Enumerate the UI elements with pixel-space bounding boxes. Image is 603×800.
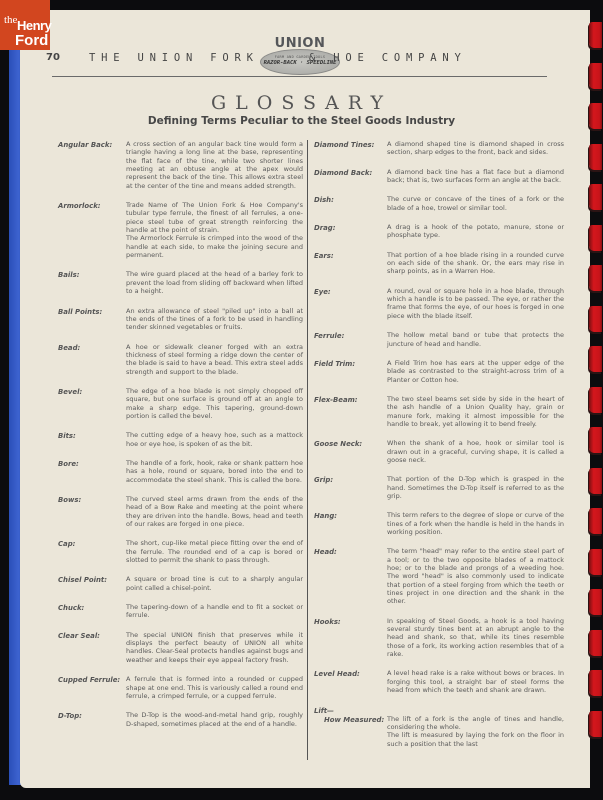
glossary-term: Bails: [58, 270, 126, 295]
glossary-term: D-Top: [58, 711, 126, 728]
glossary-definition: A round, oval or square hole in a hoe bl… [387, 287, 564, 320]
binding-ring [589, 387, 602, 413]
glossary-term: Angular Back: [58, 140, 126, 190]
glossary-definition: An extra allowance of steel "piled up" i… [126, 307, 303, 332]
glossary-entry: Bore:The handle of a fork, hook, rake or… [58, 459, 303, 484]
glossary-definition: The lift of a fork is the angle of tines… [387, 706, 564, 748]
glossary-definition: The wire guard placed at the head of a b… [126, 270, 303, 295]
page-title: GLOSSARY [0, 92, 603, 114]
glossary-definition: A ferrule that is formed into a rounded … [126, 675, 303, 700]
definition-paragraph: A level head rake is a rake without bows… [387, 669, 564, 694]
glossary-entry: Lift—How Measured:The lift of a fork is … [314, 706, 564, 748]
header-rule [52, 76, 547, 77]
glossary-entry: Goose Neck:When the shank of a hoe, hook… [314, 439, 564, 464]
definition-paragraph: The Armorlock Ferrule is crimped into th… [126, 234, 303, 259]
definition-paragraph: A drag is a hook of the potato, manure, … [387, 223, 564, 240]
glossary-entry: Diamond Tines:A diamond shaped tine is d… [314, 140, 564, 157]
glossary-entry: Eye:A round, oval or square hole in a ho… [314, 287, 564, 320]
glossary-entry: Hang:This term refers to the degree of s… [314, 511, 564, 536]
binding-ring [589, 346, 602, 372]
definition-paragraph: A hoe or sidewalk cleaner forged with an… [126, 343, 303, 376]
definition-paragraph: When the shank of a hoe, hook or similar… [387, 439, 564, 464]
glossary-definition: This term refers to the degree of slope … [387, 511, 564, 536]
definition-paragraph: A cross section of an angular back tine … [126, 140, 303, 190]
glossary-entry: Bead:A hoe or sidewalk cleaner forged wi… [58, 343, 303, 376]
watermark-the: the [4, 14, 17, 26]
glossary-entry: Cap:The short, cup-like metal piece fitt… [58, 539, 303, 564]
definition-paragraph: This term refers to the degree of slope … [387, 511, 564, 536]
glossary-term: Bows: [58, 495, 126, 528]
glossary-entry: Dish:The curve or concave of the tines o… [314, 195, 564, 212]
glossary-entry: Ears:That portion of a hoe blade rising … [314, 251, 564, 276]
glossary-entry: Clear Seal:The special UNION finish that… [58, 631, 303, 664]
glossary-term: Ball Points: [58, 307, 126, 332]
henry-ford-watermark: the Henry Ford [0, 0, 50, 50]
glossary-term: Bead: [58, 343, 126, 376]
definition-paragraph: A square or broad tine is cut to a sharp… [126, 575, 303, 592]
definition-paragraph: The short, cup-like metal piece fitting … [126, 539, 303, 564]
glossary-entry: Bails:The wire guard placed at the head … [58, 270, 303, 295]
glossary-entry: Bevel:The edge of a hoe blade is not sim… [58, 387, 303, 420]
glossary-entry: Angular Back:A cross section of an angul… [58, 140, 303, 190]
definition-paragraph: The term "head" may refer to the entire … [387, 547, 564, 605]
definition-paragraph: The curve or concave of the tines of a f… [387, 195, 564, 212]
glossary-term: Field Trim: [314, 359, 387, 384]
definition-paragraph: The two steel beams set side by side in … [387, 395, 564, 428]
glossary-entry: Head:The term "head" may refer to the en… [314, 547, 564, 605]
definition-paragraph: A round, oval or square hole in a hoe bl… [387, 287, 564, 320]
binding-ring [589, 508, 602, 534]
glossary-entry: Flex-Beam:The two steel beams set side b… [314, 395, 564, 428]
glossary-term: Hang: [314, 511, 387, 536]
glossary-definition: A cross section of an angular back tine … [126, 140, 303, 190]
glossary-entry: Diamond Back:A diamond back tine has a f… [314, 168, 564, 185]
definition-paragraph: That portion of a hoe blade rising in a … [387, 251, 564, 276]
glossary-term: Clear Seal: [58, 631, 126, 664]
binding-ring [589, 144, 602, 170]
glossary-definition: A level head rake is a rake without bows… [387, 669, 564, 694]
page-subtitle: Defining Terms Peculiar to the Steel Goo… [0, 115, 603, 127]
glossary-term: Bevel: [58, 387, 126, 420]
binding-ring [589, 225, 602, 251]
definition-paragraph: A diamond shaped tine is diamond shaped … [387, 140, 564, 157]
binding-ring [589, 306, 602, 332]
glossary-definition: In speaking of Steel Goods, a hook is a … [387, 617, 564, 659]
glossary-term: Cap: [58, 539, 126, 564]
company-name-left: THE UNION FORK [89, 52, 259, 64]
binding-ring [589, 22, 602, 48]
glossary-term: Chisel Point: [58, 575, 126, 592]
definition-paragraph: A diamond back tine has a flat face but … [387, 168, 564, 185]
definition-paragraph: That portion of the D-Top which is grasp… [387, 475, 564, 500]
company-name-right: & HOE COMPANY [309, 52, 467, 64]
glossary-definition: Trade Name of The Union Fork & Hoe Compa… [126, 201, 303, 259]
glossary-entry: D-Top:The D-Top is the wood-and-metal ha… [58, 711, 303, 728]
glossary-entry: Drag:A drag is a hook of the potato, man… [314, 223, 564, 240]
definition-paragraph: The lift of a fork is the angle of tines… [387, 715, 564, 732]
glossary-definition: The curved steel arms drawn from the end… [126, 495, 303, 528]
glossary-term: Ferrule: [314, 331, 387, 348]
binding-ring [589, 427, 602, 453]
glossary-term: Diamond Tines: [314, 140, 387, 157]
definition-paragraph: The curved steel arms drawn from the end… [126, 495, 303, 528]
glossary-term: Eye: [314, 287, 387, 320]
definition-paragraph: The D-Top is the wood-and-metal hand gri… [126, 711, 303, 728]
glossary-right-column: Diamond Tines:A diamond shaped tine is d… [314, 140, 564, 759]
glossary-definition: That portion of the D-Top which is grasp… [387, 475, 564, 500]
watermark-ford: Ford [15, 32, 48, 49]
glossary-definition: The tapering-down of a handle end to fit… [126, 603, 303, 620]
binding-ring [589, 265, 602, 291]
definition-paragraph: A ferrule that is formed into a rounded … [126, 675, 303, 700]
glossary-term: Grip: [314, 475, 387, 500]
glossary-term: Ears: [314, 251, 387, 276]
glossary-definition: The edge of a hoe blade is not simply ch… [126, 387, 303, 420]
definition-paragraph: The handle of a fork, hook, rake or shan… [126, 459, 303, 484]
column-divider [307, 140, 308, 760]
glossary-definition: The curve or concave of the tines of a f… [387, 195, 564, 212]
definition-paragraph: A Field Trim hoe has ears at the upper e… [387, 359, 564, 384]
definition-paragraph: Trade Name of The Union Fork & Hoe Compa… [126, 201, 303, 234]
glossary-entry: Grip:That portion of the D-Top which is … [314, 475, 564, 500]
glossary-definition: The hollow metal band or tube that prote… [387, 331, 564, 348]
glossary-definition: A diamond back tine has a flat face but … [387, 168, 564, 185]
glossary-term: Goose Neck: [314, 439, 387, 464]
glossary-term: Cupped Ferrule: [58, 675, 126, 700]
glossary-entry: Chisel Point:A square or broad tine is c… [58, 575, 303, 592]
binding-ring [589, 711, 602, 737]
glossary-term: Level Head: [314, 669, 387, 694]
glossary-definition: A diamond shaped tine is diamond shaped … [387, 140, 564, 157]
binding-ring [589, 630, 602, 656]
glossary-entry: Chuck:The tapering-down of a handle end … [58, 603, 303, 620]
glossary-term: Flex-Beam: [314, 395, 387, 428]
glossary-term: Hooks: [314, 617, 387, 659]
glossary-definition: The cutting edge of a heavy hoe, such as… [126, 431, 303, 448]
glossary-definition: The term "head" may refer to the entire … [387, 547, 564, 605]
binding-ring [589, 670, 602, 696]
binding-ring [589, 468, 602, 494]
glossary-definition: The handle of a fork, hook, rake or shan… [126, 459, 303, 484]
glossary-entry: Hooks:In speaking of Steel Goods, a hook… [314, 617, 564, 659]
glossary-definition: The short, cup-like metal piece fitting … [126, 539, 303, 564]
glossary-definition: A hoe or sidewalk cleaner forged with an… [126, 343, 303, 376]
binding-ring [589, 63, 602, 89]
glossary-term: Chuck: [58, 603, 126, 620]
glossary-entry: Armorlock:Trade Name of The Union Fork &… [58, 201, 303, 259]
glossary-definition: A square or broad tine is cut to a sharp… [126, 575, 303, 592]
glossary-term: Drag: [314, 223, 387, 240]
glossary-definition: That portion of a hoe blade rising in a … [387, 251, 564, 276]
glossary-term: Head: [314, 547, 387, 605]
glossary-definition: A drag is a hook of the potato, manure, … [387, 223, 564, 240]
definition-paragraph: The wire guard placed at the head of a b… [126, 270, 303, 295]
definition-paragraph: The edge of a hoe blade is not simply ch… [126, 387, 303, 420]
glossary-entry: Field Trim:A Field Trim hoe has ears at … [314, 359, 564, 384]
glossary-term: Dish: [314, 195, 387, 212]
glossary-term-main: Lift— [314, 707, 387, 715]
glossary-term: Diamond Back: [314, 168, 387, 185]
binding-ring [589, 549, 602, 575]
glossary-term: Lift—How Measured: [314, 706, 387, 748]
binding-ring [589, 589, 602, 615]
glossary-entry: Bits:The cutting edge of a heavy hoe, su… [58, 431, 303, 448]
glossary-term: Bits: [58, 431, 126, 448]
glossary-left-column: Angular Back:A cross section of an angul… [58, 140, 303, 739]
glossary-term: Armorlock: [58, 201, 126, 259]
glossary-term-sub: How Measured: [314, 716, 387, 724]
spiral-binding [589, 22, 603, 751]
glossary-entry: Cupped Ferrule:A ferrule that is formed … [58, 675, 303, 700]
glossary-entry: Bows:The curved steel arms drawn from th… [58, 495, 303, 528]
glossary-entry: Level Head:A level head rake is a rake w… [314, 669, 564, 694]
glossary-definition: The D-Top is the wood-and-metal hand gri… [126, 711, 303, 728]
binding-ring [589, 184, 602, 210]
page-number: 70 [46, 52, 60, 63]
glossary-definition: A Field Trim hoe has ears at the upper e… [387, 359, 564, 384]
glossary-entry: Ferrule:The hollow metal band or tube th… [314, 331, 564, 348]
definition-paragraph: In speaking of Steel Goods, a hook is a … [387, 617, 564, 659]
definition-paragraph: The cutting edge of a heavy hoe, such as… [126, 431, 303, 448]
glossary-definition: The two steel beams set side by side in … [387, 395, 564, 428]
watermark-henry: Henry [17, 18, 51, 33]
glossary-term: Bore: [58, 459, 126, 484]
definition-paragraph: An extra allowance of steel "piled up" i… [126, 307, 303, 332]
glossary-definition: The special UNION finish that preserves … [126, 631, 303, 664]
glossary-definition: When the shank of a hoe, hook or similar… [387, 439, 564, 464]
page-header: 70 THE UNION FORK UNION FARM AND GARDEN … [46, 40, 476, 68]
definition-paragraph: The special UNION finish that preserves … [126, 631, 303, 664]
definition-paragraph: The hollow metal band or tube that prote… [387, 331, 564, 348]
definition-paragraph: The tapering-down of a handle end to fit… [126, 603, 303, 620]
definition-paragraph: The lift is measured by laying the fork … [387, 731, 564, 748]
glossary-entry: Ball Points:An extra allowance of steel … [58, 307, 303, 332]
